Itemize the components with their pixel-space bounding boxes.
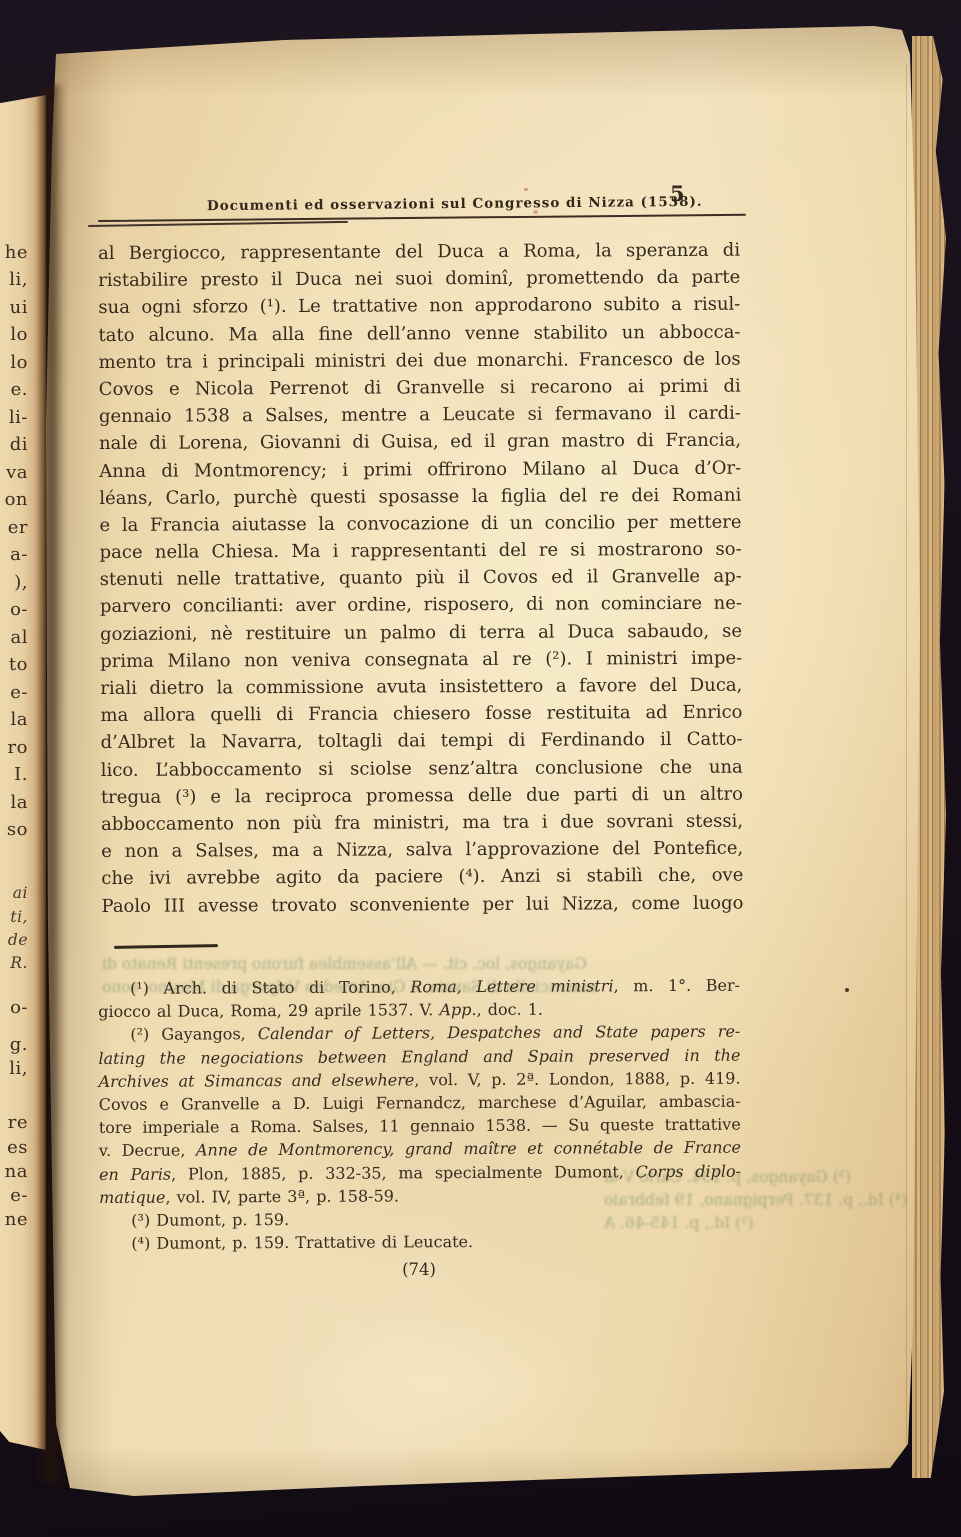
body-line: al Bergiocco, rappresentante del Duca a … (98, 237, 740, 268)
body-line: che ivi avrebbe agito da paciere (⁴). An… (101, 862, 743, 893)
footnote-run: (²) Gayangos, (130, 1025, 258, 1045)
facing-page-text-fragment: ti, (10, 908, 28, 926)
facing-page-text-fragment: re (8, 1112, 28, 1133)
footnote-line: matique, vol. IV, parte 3ª, p. 158-59. (99, 1182, 741, 1209)
footnote-run: (⁴) Dumont, p. 159. Trattative di Leucat… (131, 1232, 473, 1253)
body-line: Anna di Montmorency; i primi offrirono M… (99, 454, 741, 485)
facing-page-text-fragment: so (7, 819, 28, 840)
page-crease (906, 64, 907, 1464)
footnote-line: lating the negociations between England … (98, 1043, 740, 1070)
footnote-line: (⁴) Dumont, p. 159. Trattative di Leucat… (99, 1229, 741, 1256)
body-line: e non a Salses, ma a Nizza, salva l’appr… (101, 835, 743, 866)
footnote-separator (114, 944, 218, 949)
body-line: riali dietro la commissione avuta insist… (100, 672, 742, 703)
footnote-line: (¹) Arch. di Stato di Torino, Roma, Lett… (98, 974, 740, 1001)
footnote-italic-run: matique (99, 1187, 165, 1206)
body-line: d’Albret la Navarra, toltagli dai tempi … (101, 726, 743, 757)
facing-page-text-fragment: ), (14, 572, 28, 593)
body-line: prima Milano non veniva consegnata al re… (100, 644, 742, 675)
facing-page-text-fragment: al (11, 627, 29, 648)
body-line: ristabilire presto il Duca nei suoi domi… (98, 264, 740, 295)
footnote-line: v. Decrue, Anne de Montmorency, grand ma… (99, 1136, 741, 1163)
facing-page-text-fragment: ne (5, 1209, 28, 1230)
facing-page-text-fragment: la (11, 792, 29, 813)
facing-page-text-fragment: li, (9, 269, 28, 290)
header-rule (98, 214, 746, 222)
facing-page-text-fragment: lo (10, 324, 28, 345)
facing-page-text-fragment: on (5, 489, 28, 510)
facing-page-text-fragment: he (5, 242, 28, 263)
footnotes: (¹) Arch. di Stato di Torino, Roma, Lett… (98, 974, 741, 1256)
facing-page-text-fragment: I. (14, 764, 28, 785)
body-line: mento tra i principali ministri dei due … (99, 345, 741, 376)
facing-page-text-fragment: di (10, 434, 28, 455)
facing-page-text-fragment: e. (11, 379, 28, 400)
facing-page-text-fragment: va (6, 462, 28, 483)
footnote-run: tore imperiale a Roma. Salses, 11 gennai… (99, 1115, 741, 1137)
footnote-run: v. Decrue, (99, 1141, 196, 1161)
facing-page-text-fragment: la (11, 709, 29, 730)
body-line: sua ogni sforzo (¹). Le trattative non a… (98, 291, 740, 322)
footnote-run: , doc. 1. (476, 1000, 543, 1019)
footnote-run: Covos e Granvelle a D. Luigi Fernandcz, … (99, 1092, 741, 1114)
facing-page-edge: heli,uiloloe.li-divaonera-),o-altoe-laro… (0, 95, 46, 1450)
footnote-italic-run: App. (439, 1000, 476, 1019)
footnote-line: tore imperiale a Roma. Salses, 11 gennai… (99, 1113, 741, 1140)
facing-page-text-fragment: g. (10, 1034, 28, 1055)
facing-page-text-fragment: li- (9, 407, 28, 428)
facing-page-text-fragment: er (8, 517, 28, 538)
footnote-run: (³) Dumont, p. 159. (131, 1210, 289, 1230)
body-line: abboccamento non più fra ministri, ma tr… (101, 808, 743, 839)
folio-number: (74) (98, 1260, 740, 1279)
facing-page-text-fragment: R. (10, 954, 28, 972)
footnote-run: , vol. V, p. 2ª. London, 1888, p. 419. (414, 1068, 740, 1089)
foxing-dot (533, 210, 538, 214)
footnote-italic-run: Anne de Montmorency, grand maître et con… (196, 1138, 741, 1160)
body-text: al Bergiocco, rappresentante del Duca a … (98, 237, 744, 920)
footnote-run: , m. 1°. Ber- (613, 976, 740, 996)
page-number: 5 (670, 181, 685, 206)
ink-speck (845, 988, 849, 992)
facing-page-text-fragment: ai (13, 884, 28, 902)
book-photograph: { "header": { "running_title": "Document… (0, 0, 961, 1537)
body-line: ma allora quelli di Francia chiesero fos… (100, 699, 742, 730)
facing-page-text-fragment: o- (10, 997, 28, 1018)
body-line: Paolo III avesse trovato sconveniente pe… (101, 889, 743, 920)
body-line: e la Francia aiutasse la convocazione di… (99, 509, 741, 540)
footnote-italic-run: Roma, Lettere ministri (410, 976, 613, 996)
facing-page-text-fragment: ro (8, 737, 28, 758)
facing-page-text-fragment: o- (10, 599, 28, 620)
body-line: lico. L’abboccamento si sciolse senz’alt… (101, 753, 743, 784)
header-rule-secondary (88, 221, 348, 227)
footnote-line: en Paris, Plon, 1885, p. 332-35, ma spec… (99, 1159, 741, 1186)
body-line: léans, Carlo, purchè questi sposasse la … (99, 481, 741, 512)
footnote-italic-run: Archives at Simancas and elsewhere (98, 1070, 414, 1091)
footnote-line: giocco al Duca, Roma, 29 aprile 1537. V.… (98, 997, 740, 1024)
facing-page-text-fragment: to (9, 654, 28, 675)
facing-page-text-fragment: es (7, 1137, 28, 1158)
footnote-line: Covos e Granvelle a D. Luigi Fernandcz, … (99, 1090, 741, 1117)
body-line: nale di Lorena, Giovanni di Guisa, ed il… (99, 427, 741, 458)
footnote-line: (³) Dumont, p. 159. (99, 1206, 741, 1233)
facing-page-text-fragment: a- (10, 544, 28, 565)
body-line: goziazioni, nè restituire un palmo di te… (100, 617, 742, 648)
footnote-line: Archives at Simancas and elsewhere, vol.… (98, 1066, 740, 1093)
footnote-run: giocco al Duca, Roma, 29 aprile 1537. V. (98, 1000, 439, 1021)
paper-stain (284, 1314, 604, 1454)
footnote-italic-run: lating the negociations between England … (98, 1045, 740, 1067)
facing-page-text-fragment: ui (10, 297, 28, 318)
facing-page-text-fragment: de (8, 931, 28, 949)
footnote-italic-run: en Paris (99, 1164, 171, 1183)
footnote-line: (²) Gayangos, Calendar of Letters, Despa… (98, 1020, 740, 1047)
facing-page-text-fragment: e- (10, 1185, 28, 1206)
book-page: Documenti ed osservazioni sul Congresso … (44, 24, 920, 1506)
body-line: tato alcuno. Ma alla fine dell’anno venn… (98, 318, 740, 349)
facing-page-text-fragment: e- (10, 682, 28, 703)
body-line: pace nella Chiesa. Ma i rappresentanti d… (100, 536, 742, 567)
body-line: parvero concilianti: aver ordine, rispos… (100, 590, 742, 621)
showthrough-line: Gayangos, loc. cit. — All’assemblea furo… (102, 955, 587, 973)
facing-page-text-fragment: na (5, 1161, 28, 1182)
body-line: tregua (³) e la reciproca promessa delle… (101, 780, 743, 811)
foxing-dot (524, 188, 528, 191)
footnote-italic-run: Calendar of Letters, Despatches and Stat… (258, 1022, 741, 1044)
facing-page-text-fragment: li, (9, 1058, 28, 1079)
running-title: Documenti ed osservazioni sul Congresso … (207, 194, 703, 214)
body-line: Covos e Nicola Perrenot di Granvelle si … (99, 373, 741, 404)
footnote-run: , vol. IV, parte 3ª, p. 158-59. (165, 1186, 399, 1206)
facing-page-text-fragment: lo (10, 352, 28, 373)
body-line: stenuti nelle trattative, quanto più il … (100, 563, 742, 594)
footnote-run: (¹) Arch. di Stato di Torino, (130, 977, 410, 997)
body-line: gennaio 1538 a Salses, mentre a Leucate … (99, 400, 741, 431)
footnote-run: , Plon, 1885, p. 332-35, ma specialmente… (171, 1162, 636, 1183)
footnote-italic-run: Corps diplo- (636, 1161, 742, 1181)
